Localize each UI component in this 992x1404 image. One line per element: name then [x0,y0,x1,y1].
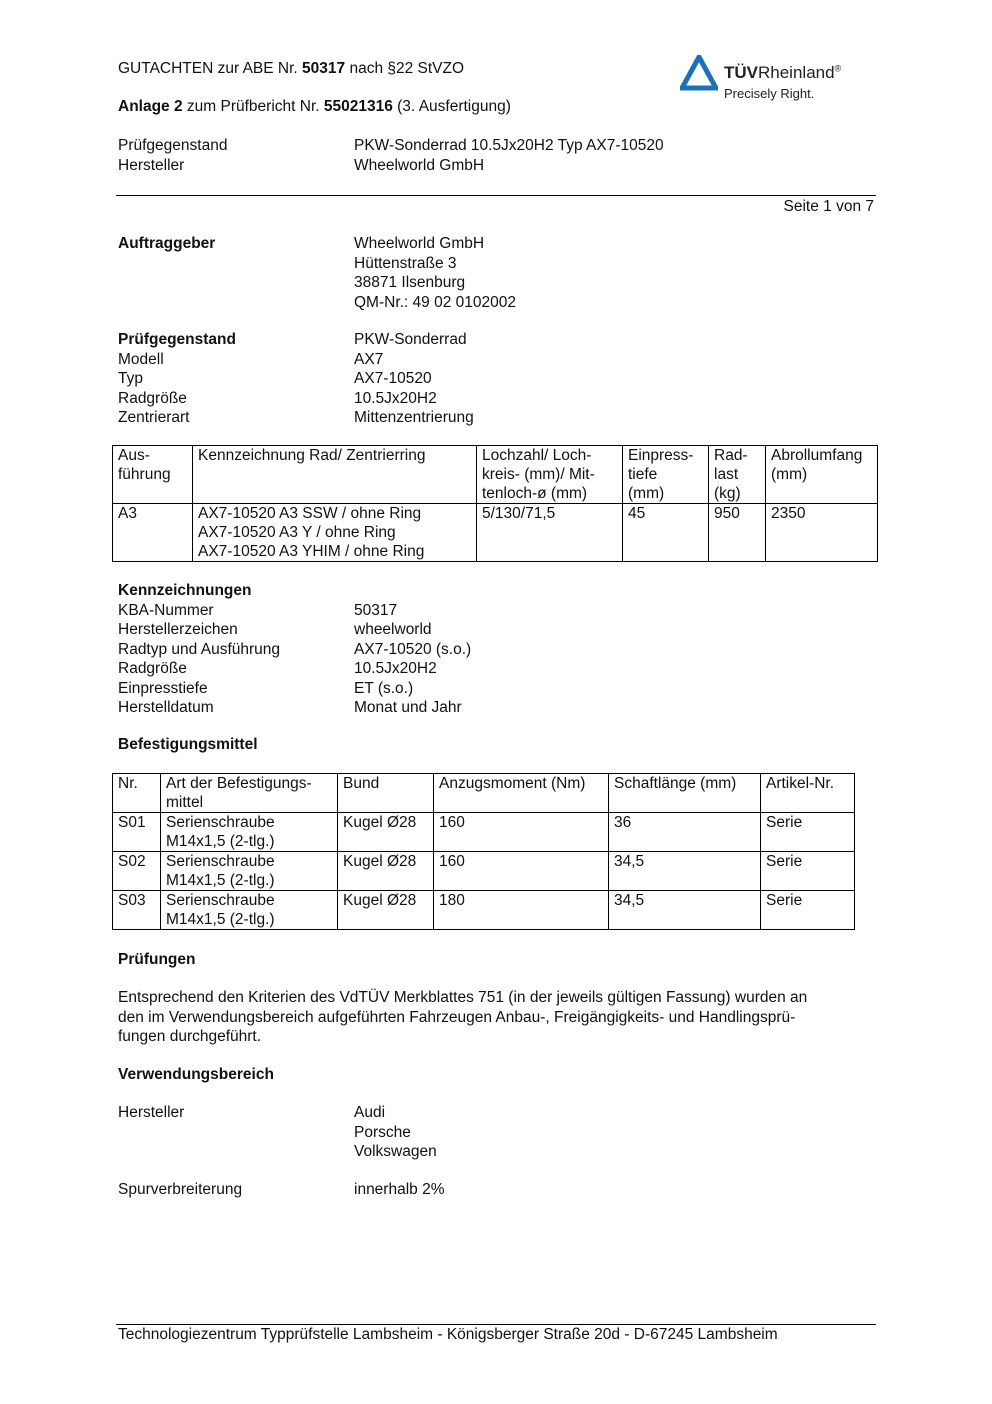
tests-paragraph: Entsprechend den Kriterien des VdTÜV Mer… [118,988,878,1047]
test-object-value: 10.5Jx20H2 [354,389,878,409]
marking-value: Monat und Jahr [354,698,878,718]
report-number: 55021316 [324,98,393,115]
usage-title: Verwendungsbereich [118,1065,274,1085]
marking-label: Radtyp und Ausführung [118,640,354,660]
test-object-label: Typ [118,369,354,389]
table-header-cell: Einpress-tiefe(mm) [623,446,709,504]
table-cell: S03 [113,891,161,930]
table-cell: 180 [434,891,609,930]
table-header-cell: Kennzeichnung Rad/ Zentrierring [193,446,477,504]
test-object-section: PrüfgegenstandPKW-SonderradModellAX7TypA… [118,330,878,428]
table-cell: Kugel Ø28 [338,891,434,930]
test-object-value: Mittenzentrierung [354,408,878,428]
table-header-cell: Abrollumfang(mm) [766,446,878,504]
table-header-row: Aus-führungKennzeichnung Rad/ Zentrierri… [113,446,878,504]
tests-title: Prüfungen [118,950,196,970]
test-object-label: Prüfgegenstand [118,330,354,350]
title-suffix: nach §22 StVZO [345,60,464,77]
test-object-value: PKW-Sonderrad [354,330,878,350]
copy-info: (3. Ausfertigung) [393,98,511,115]
table-header-cell: Artikel-Nr. [761,774,855,813]
title-prefix: GUTACHTEN zur ABE Nr. [118,60,302,77]
track-value: innerhalb 2% [354,1180,878,1200]
table-row: A3AX7-10520 A3 SSW / ohne RingAX7-10520 … [113,504,878,562]
table-cell: 34,5 [609,891,761,930]
track-label: Spurverbreiterung [118,1180,354,1200]
table-cell: 36 [609,813,761,852]
table-header-cell: Lochzahl/ Loch-kreis- (mm)/ Mit-tenloch-… [477,446,623,504]
table-header-cell: Rad-last(kg) [709,446,766,504]
marking-value: 50317 [354,601,878,621]
subject-label: Prüfgegenstand [118,136,354,156]
test-object-label: Zentrierart [118,408,354,428]
tests-line: fungen durchgeführt. [118,1027,878,1047]
attachment-mid: zum Prüfbericht Nr. [183,98,324,115]
test-object-row: ModellAX7 [118,350,878,370]
table-row: S02SerienschraubeM14x1,5 (2-tlg.)Kugel Ø… [113,852,855,891]
test-object-row: TypAX7-10520 [118,369,878,389]
table-header-cell: Schaftlänge (mm) [609,774,761,813]
table-cell: 34,5 [609,852,761,891]
test-object-row: PrüfgegenstandPKW-Sonderrad [118,330,878,350]
test-object-row: Radgröße10.5Jx20H2 [118,389,878,409]
header-subject: PrüfgegenstandPKW-Sonderrad 10.5Jx20H2 T… [118,136,878,175]
marking-row: EinpresstiefeET (s.o.) [118,679,878,699]
header-divider [116,195,876,196]
marking-row: Radtyp und AusführungAX7-10520 (s.o.) [118,640,878,660]
variant-table: Aus-führungKennzeichnung Rad/ Zentrierri… [112,445,878,562]
attachment-label: Anlage 2 [118,98,183,115]
test-object-label: Modell [118,350,354,370]
logo-tagline: Precisely Right. [724,86,814,101]
abe-number: 50317 [302,60,345,77]
marking-value: 10.5Jx20H2 [354,659,878,679]
marking-row: HerstelldatumMonat und Jahr [118,698,878,718]
table-cell: AX7-10520 A3 SSW / ohne RingAX7-10520 A3… [193,504,477,562]
test-object-value: AX7 [354,350,878,370]
usage-maker-label: Hersteller [118,1103,354,1162]
table-cell: S02 [113,852,161,891]
usage-track: Spurverbreiterunginnerhalb 2% [118,1180,878,1200]
tests-line: Entsprechend den Kriterien des VdTÜV Mer… [118,988,878,1008]
attachment-line: Anlage 2 zum Prüfbericht Nr. 55021316 (3… [118,97,511,117]
tuv-logo: TÜVRheinland® Precisely Right. [680,55,870,105]
client-address: Wheelworld GmbHHüttenstraße 338871 Ilsen… [354,234,878,312]
table-row: S03SerienschraubeM14x1,5 (2-tlg.)Kugel Ø… [113,891,855,930]
table-header-cell: Bund [338,774,434,813]
test-object-value: AX7-10520 [354,369,878,389]
logo-brand: TÜVRheinland® [724,63,841,83]
marking-label: Herstelldatum [118,698,354,718]
markings-section: Kennzeichnungen KBA-Nummer50317Herstelle… [118,581,878,718]
table-cell: 2350 [766,504,878,562]
table-cell: SerienschraubeM14x1,5 (2-tlg.) [161,891,338,930]
table-cell: A3 [113,504,193,562]
client-label: Auftraggeber [118,234,354,312]
marking-row: KBA-Nummer50317 [118,601,878,621]
tuv-triangle-icon [680,55,718,91]
marking-label: Einpresstiefe [118,679,354,699]
table-header-cell: Nr. [113,774,161,813]
marking-value: AX7-10520 (s.o.) [354,640,878,660]
table-cell: 950 [709,504,766,562]
table-cell: Serie [761,891,855,930]
maker-value: Wheelworld GmbH [354,156,878,176]
report-title: GUTACHTEN zur ABE Nr. 50317 nach §22 StV… [118,59,464,79]
table-cell: SerienschraubeM14x1,5 (2-tlg.) [161,813,338,852]
marking-row: Radgröße10.5Jx20H2 [118,659,878,679]
maker-label: Hersteller [118,156,354,176]
table-header-cell: Aus-führung [113,446,193,504]
marking-label: Radgröße [118,659,354,679]
usage-maker-list: AudiPorscheVolkswagen [354,1103,878,1162]
table-row: S01SerienschraubeM14x1,5 (2-tlg.)Kugel Ø… [113,813,855,852]
markings-title: Kennzeichnungen [118,581,251,601]
table-header-cell: Art der Befestigungs-mittel [161,774,338,813]
table-cell: Kugel Ø28 [338,852,434,891]
usage-makers: HerstellerAudiPorscheVolkswagen [118,1103,878,1162]
table-cell: S01 [113,813,161,852]
table-header-cell: Anzugsmoment (Nm) [434,774,609,813]
marking-value: ET (s.o.) [354,679,878,699]
subject-value: PKW-Sonderrad 10.5Jx20H2 Typ AX7-10520 [354,136,878,156]
tests-line: den im Verwendungsbereich aufgeführten F… [118,1008,878,1028]
table-cell: Kugel Ø28 [338,813,434,852]
marking-value: wheelworld [354,620,878,640]
test-object-row: ZentrierartMittenzentrierung [118,408,878,428]
table-cell: Serie [761,852,855,891]
fasteners-table: Nr.Art der Befestigungs-mittelBundAnzugs… [112,773,855,930]
table-cell: 160 [434,852,609,891]
footer-address: Technologiezentrum Typprüfstelle Lambshe… [118,1325,778,1345]
table-cell: 160 [434,813,609,852]
table-cell: SerienschraubeM14x1,5 (2-tlg.) [161,852,338,891]
table-cell: 45 [623,504,709,562]
table-header-row: Nr.Art der Befestigungs-mittelBundAnzugs… [113,774,855,813]
table-cell: 5/130/71,5 [477,504,623,562]
test-object-label: Radgröße [118,389,354,409]
marking-label: Herstellerzeichen [118,620,354,640]
page-info: Seite 1 von 7 [784,197,874,217]
fasteners-title: Befestigungsmittel [118,735,258,755]
marking-row: Herstellerzeichenwheelworld [118,620,878,640]
client-section: AuftraggeberWheelworld GmbHHüttenstraße … [118,234,878,312]
table-cell: Serie [761,813,855,852]
marking-label: KBA-Nummer [118,601,354,621]
